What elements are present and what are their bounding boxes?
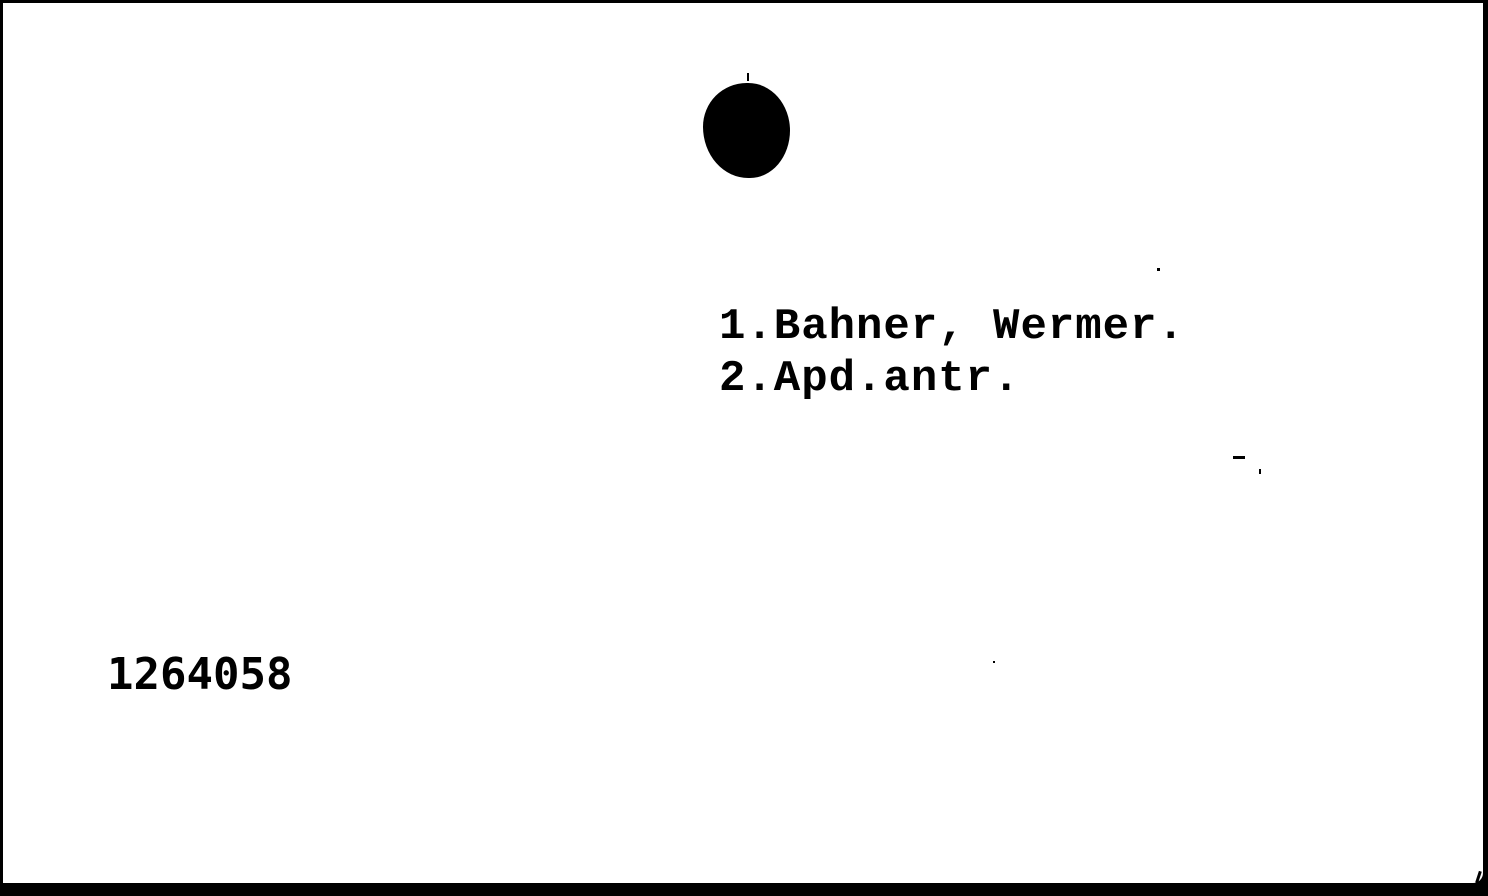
ink-speck [1233,456,1245,459]
punch-hole [703,83,790,178]
ink-speck [1157,268,1160,271]
entry-line-1: 1.Bahner, Wermer. [719,305,1185,349]
card-number: 1264058 [107,653,292,697]
ink-speck [747,73,749,81]
ink-speck [993,661,995,663]
corner-mark [1475,871,1482,883]
index-card: 1.Bahner, Wermer. 2.Apd.antr. 1264058 [3,3,1483,883]
ink-speck [1259,469,1261,474]
entry-line-2: 2.Apd.antr. [719,357,1020,401]
